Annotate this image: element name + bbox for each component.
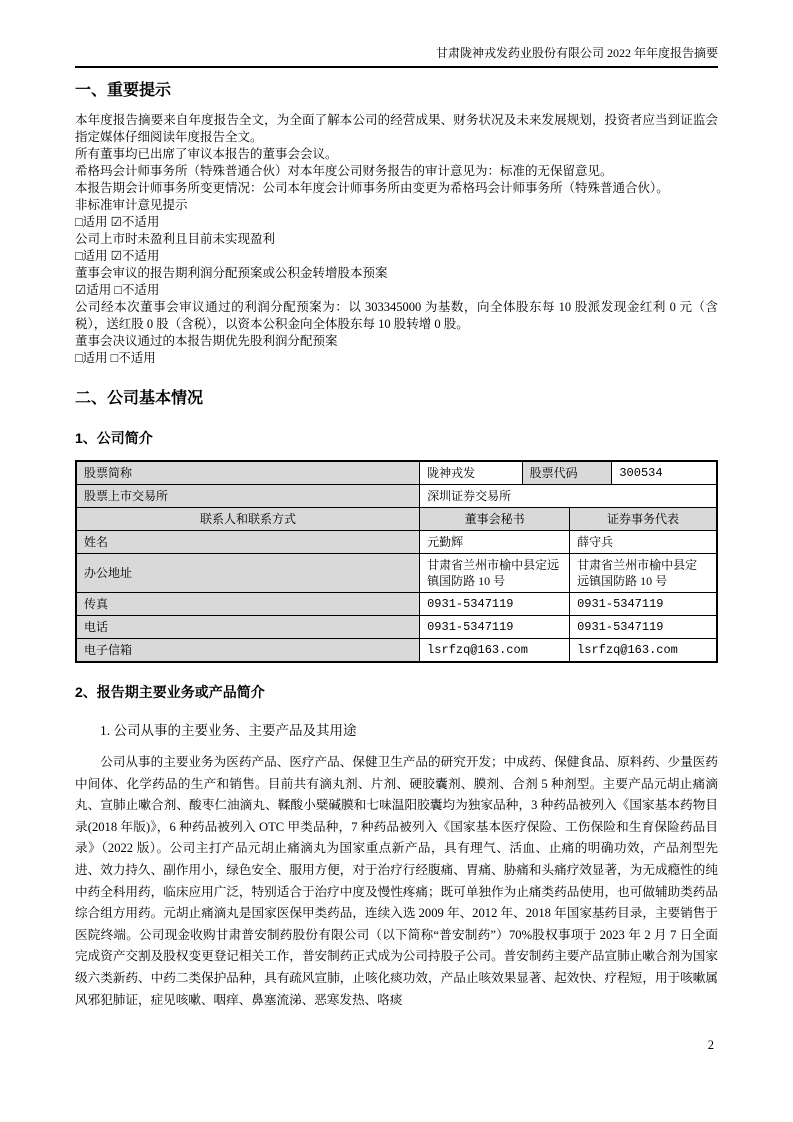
secretary-address: 甘肃省兰州市榆中县定远镇国防路 10 号 — [420, 554, 570, 593]
phone-label: 电话 — [76, 616, 420, 639]
table-row: 股票上市交易所 深圳证券交易所 — [76, 485, 717, 508]
company-profile-title: 1、公司简介 — [75, 429, 718, 447]
rep-fax: 0931-5347119 — [570, 593, 717, 616]
stock-abbr-value: 陇神戎发 — [420, 461, 523, 485]
applicability-checkbox-line: □适用 ☑不适用 — [75, 214, 718, 231]
notice-line: 本年度报告摘要来自年度报告全文，为全面了解本公司的经营成果、财务状况及未来发展规… — [75, 112, 718, 146]
rep-address: 甘肃省兰州市榆中县定远镇国防路 10 号 — [570, 554, 717, 593]
contact-header: 联系人和联系方式 — [76, 508, 420, 531]
secretary-phone: 0931-5347119 — [420, 616, 570, 639]
applicability-checkbox-line: ☑适用 □不适用 — [75, 282, 718, 299]
page-number: 2 — [708, 1038, 714, 1053]
company-profile-table: 股票简称 陇神戎发 股票代码 300534 股票上市交易所 深圳证券交易所 联系… — [75, 460, 718, 663]
secretary-name: 元勤辉 — [420, 531, 570, 554]
table-row: 姓名 元勤辉 薛守兵 — [76, 531, 717, 554]
address-label: 办公地址 — [76, 554, 420, 593]
business-summary-title: 2、报告期主要业务或产品简介 — [75, 683, 718, 701]
exchange-value: 深圳证券交易所 — [420, 485, 717, 508]
rep-name: 薛守兵 — [570, 531, 717, 554]
rep-phone: 0931-5347119 — [570, 616, 717, 639]
notice-line: 所有董事均已出席了审议本报告的董事会会议。 — [75, 146, 718, 163]
stock-code-label: 股票代码 — [522, 461, 612, 485]
fax-label: 传真 — [76, 593, 420, 616]
table-row: 传真 0931-5347119 0931-5347119 — [76, 593, 717, 616]
exchange-label: 股票上市交易所 — [76, 485, 420, 508]
business-item-title: 1. 公司从事的主要业务、主要产品及其用途 — [75, 722, 718, 739]
secretary-email: lsrfzq@163.com — [420, 639, 570, 663]
name-label: 姓名 — [76, 531, 420, 554]
applicability-checkbox-line: □适用 ☑不适用 — [75, 248, 718, 265]
rep-email: lsrfzq@163.com — [570, 639, 717, 663]
business-paragraph: 公司从事的主要业务为医药产品、医疗产品、保健卫生产品的研究开发；中成药、保健食品… — [75, 752, 718, 1011]
secretary-fax: 0931-5347119 — [420, 593, 570, 616]
table-row: 股票简称 陇神戎发 股票代码 300534 — [76, 461, 717, 485]
notice-line: 公司上市时未盈利且目前未实现盈利 — [75, 231, 718, 248]
report-page: 甘肃陇神戎发药业股份有限公司 2022 年年度报告摘要 一、重要提示 本年度报告… — [0, 0, 793, 1122]
applicability-checkbox-line: □适用 □不适用 — [75, 350, 718, 367]
securities-rep-header: 证券事务代表 — [570, 508, 717, 531]
table-row: 电话 0931-5347119 0931-5347119 — [76, 616, 717, 639]
secretary-header: 董事会秘书 — [420, 508, 570, 531]
document-header: 甘肃陇神戎发药业股份有限公司 2022 年年度报告摘要 — [75, 46, 718, 68]
section-2-title: 二、公司基本情况 — [75, 389, 718, 409]
notice-line: 非标准审计意见提示 — [75, 197, 718, 214]
section-1-title: 一、重要提示 — [75, 81, 718, 101]
stock-code-value: 300534 — [612, 461, 717, 485]
important-notice-block: 本年度报告摘要来自年度报告全文，为全面了解本公司的经营成果、财务状况及未来发展规… — [75, 112, 718, 367]
notice-line: 本报告期会计师事务所变更情况：公司本年度会计师事务所由变更为希格玛会计师事务所（… — [75, 180, 718, 197]
notice-line: 公司经本次董事会审议通过的利润分配预案为：以 303345000 为基数，向全体… — [75, 299, 718, 333]
email-label: 电子信箱 — [76, 639, 420, 663]
table-row: 联系人和联系方式 董事会秘书 证券事务代表 — [76, 508, 717, 531]
notice-line: 董事会决议通过的本报告期优先股利润分配预案 — [75, 333, 718, 350]
table-row: 办公地址 甘肃省兰州市榆中县定远镇国防路 10 号 甘肃省兰州市榆中县定远镇国防… — [76, 554, 717, 593]
table-row: 电子信箱 lsrfzq@163.com lsrfzq@163.com — [76, 639, 717, 663]
stock-abbr-label: 股票简称 — [76, 461, 420, 485]
notice-line: 希格玛会计师事务所（特殊普通合伙）对本年度公司财务报告的审计意见为：标准的无保留… — [75, 163, 718, 180]
notice-line: 董事会审议的报告期利润分配预案或公积金转增股本预案 — [75, 265, 718, 282]
